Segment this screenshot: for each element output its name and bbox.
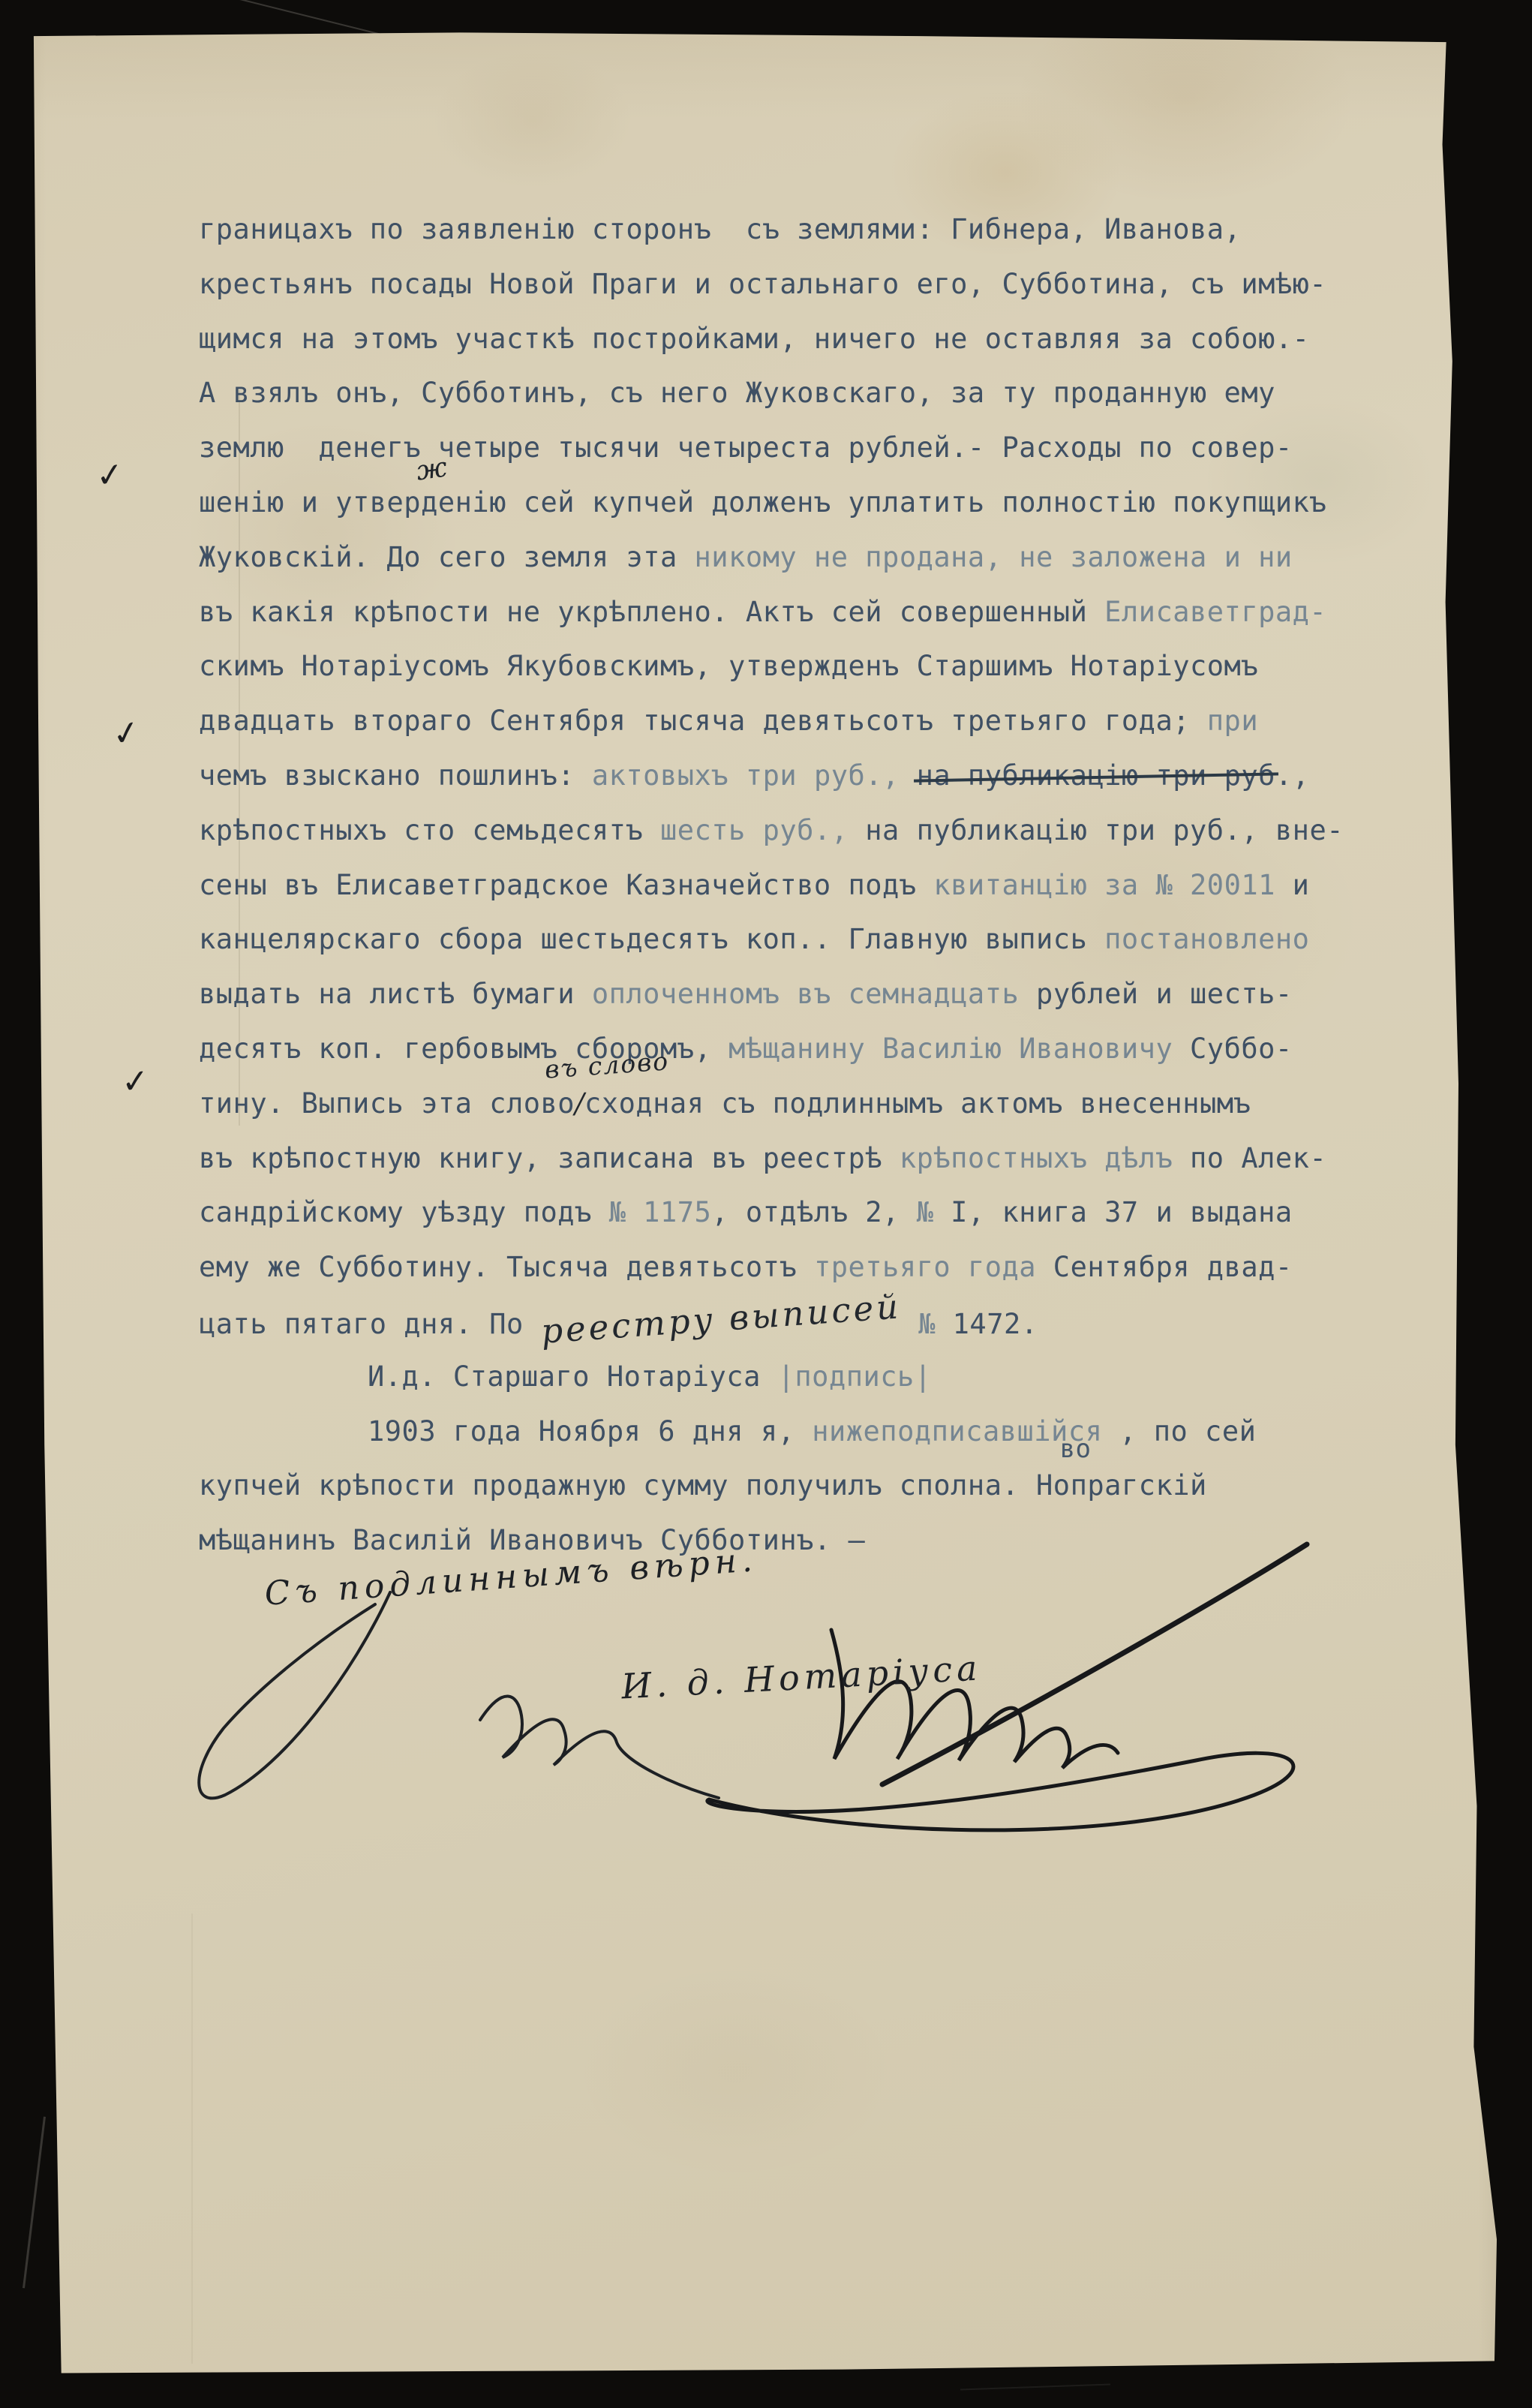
typed-text: въ крѣпостную книгу, записана въ реестрѣ xyxy=(199,1142,900,1174)
typed-text: оплоченномъ въ семнадцать xyxy=(592,978,1019,1010)
typed-text: прагскійво xyxy=(1071,1469,1207,1502)
typed-text: границахъ по заявленію сторонъ съ землям… xyxy=(199,213,1241,245)
typed-text: шесть руб., xyxy=(660,814,849,846)
typed-text: 1903 года Ноября 6 дня я, xyxy=(368,1415,812,1448)
paper-crease xyxy=(191,1913,193,2364)
typed-text: Елисаветград- xyxy=(1104,596,1326,628)
typed-text: цать пятаго дня. По xyxy=(199,1308,541,1340)
insertion-above-line: ж xyxy=(415,454,449,485)
text-line: И.д. Старшаго Нотаріуса |подпись| xyxy=(368,1350,1429,1405)
typed-text: двадцать втораго Сентября тысяча девятьс… xyxy=(199,705,1207,737)
text-line: скимъ Нотаріусомъ Якубовскимъ, утвержден… xyxy=(199,639,1429,694)
typed-text: третьяго года xyxy=(814,1251,1036,1283)
typed-text: № 1175 xyxy=(609,1196,712,1228)
typed-text: крѣпостныхъ сто семьдесятъ xyxy=(199,814,660,846)
typed-text: по Алек- xyxy=(1173,1142,1326,1174)
typed-text xyxy=(901,1308,918,1340)
typed-text: ., xyxy=(1275,759,1310,792)
text-line: крѣпостныхъ сто семьдесятъ шесть руб., н… xyxy=(199,804,1429,858)
typed-text: крестьянъ посады Новой Праги и остальнаг… xyxy=(199,268,1326,300)
typed-text: ему же Субботину. Тысяча девятьсотъ xyxy=(199,1251,814,1283)
typed-text: , отдѣлъ 2, xyxy=(711,1196,916,1228)
typed-text: чемъ взыскано пошлинъ: xyxy=(199,759,592,792)
typed-text: Сентября двад- xyxy=(1036,1251,1293,1283)
typed-text: выдать на листѣ бумаги xyxy=(199,978,592,1010)
typed-text: землю денегъ четыре тысячи четыреста руб… xyxy=(199,431,1293,464)
typed-text: канцелярскаго сбора шестьдесятъ коп.. Гл… xyxy=(199,923,1104,955)
typed-text: актовыхъ три руб., xyxy=(592,759,917,792)
text-line: сены въ Елисаветградское Казначейство по… xyxy=(199,858,1429,913)
text-line: въ крѣпостную книгу, записана въ реестрѣ… xyxy=(199,1132,1429,1186)
typed-text: купчей крѣпости продажную сумму получилъ… xyxy=(199,1469,1071,1502)
document-page: ✓ ✓ ✓ границахъ по заявленію сторонъ съ … xyxy=(0,0,1532,2408)
typed-text: I, книга 37 и выдана xyxy=(951,1196,1293,1228)
typed-text: № xyxy=(918,1308,953,1340)
typed-text: нижеподписавшійся xyxy=(812,1415,1102,1448)
insertion-above-line: во xyxy=(1060,1436,1092,1462)
typed-text: постановлено xyxy=(1104,923,1309,955)
text-line: шенію и утверденію сей купчей долженъ уп… xyxy=(199,476,1429,531)
typed-text: при xyxy=(1207,705,1258,737)
text-line: тину. Выпись эта слово/въ словосходная с… xyxy=(199,1077,1429,1132)
typed-text: сандрійскому уѣзду подъ xyxy=(199,1196,609,1228)
typed-text: квитанцію за № 20011 xyxy=(933,869,1275,901)
handwritten-text: /въ слово xyxy=(575,1087,584,1120)
margin-checkmark: ✓ xyxy=(110,712,143,755)
text-line: купчей крѣпости продажную сумму получилъ… xyxy=(199,1459,1429,1514)
typed-text: тину. Выпись эта слово xyxy=(199,1087,575,1120)
margin-checkmark: ✓ xyxy=(120,1062,150,1102)
text-line: десятъ коп. гербовымъ сборомъ, мѣщанину … xyxy=(199,1022,1429,1077)
scanner-scratch xyxy=(960,2384,1110,2391)
struck-text: на публикацію три руб xyxy=(917,759,1275,792)
scanner-background: { "page": { "check_glyph": "✓", "paper_c… xyxy=(0,0,1532,2408)
text-line: канцелярскаго сбора шестьдесятъ коп.. Гл… xyxy=(199,912,1429,967)
typed-text: И.д. Старшаго Нотаріуса xyxy=(368,1360,778,1393)
text-line: границахъ по заявленію сторонъ съ землям… xyxy=(199,203,1429,257)
text-line: щимся на этомъ участкѣ постройками, ниче… xyxy=(199,312,1429,367)
signature-block: Съ подлиннымъ вѣрн. И. д. Нотаріуса xyxy=(0,1523,1532,1846)
insertion-above-line: въ слово xyxy=(544,1048,670,1082)
typed-text: скимъ Нотаріусомъ Якубовскимъ, утвержден… xyxy=(199,650,1258,682)
text-line: сандрійскому уѣзду подъ № 1175, отдѣлъ 2… xyxy=(199,1186,1429,1240)
typed-text: А взялъ онъ, Субботинъ, съ него Жуковска… xyxy=(199,377,1275,409)
text-line: чемъ взыскано пошлинъ: актовыхъ три руб.… xyxy=(199,749,1429,804)
text-line: 1903 года Ноября 6 дня я, нижеподписавші… xyxy=(368,1405,1429,1460)
typed-text: 1472. xyxy=(953,1308,1038,1340)
typed-text: шенію и утвер xyxy=(199,486,421,519)
text-line: А взялъ онъ, Субботинъ, съ него Жуковска… xyxy=(199,366,1429,421)
typed-text: щимся на этомъ участкѣ постройками, ниче… xyxy=(199,323,1309,355)
typed-text: въ какія крѣпости не укрѣплено. Актъ сей… xyxy=(199,596,1104,628)
typed-text: сены въ Елисаветградское Казначейство по… xyxy=(199,869,933,901)
text-line: выдать на листѣ бумаги оплоченномъ въ се… xyxy=(199,967,1429,1022)
typed-text: Жуковскій. До сего земля эта xyxy=(199,541,695,573)
margin-checkmark: ✓ xyxy=(94,455,125,496)
typed-text: никому не продана, не заложена и ни xyxy=(695,541,1293,573)
text-line: крестьянъ посады Новой Праги и остальнаг… xyxy=(199,257,1429,312)
typed-text-block: границахъ по заявленію сторонъ съ землям… xyxy=(199,203,1429,1568)
typed-text: |подпись| xyxy=(778,1360,932,1393)
text-line: двадцать втораго Сентября тысяча девятьс… xyxy=(199,694,1429,749)
typed-text: денію сей купчей долженъ уплатить полнос… xyxy=(421,486,1326,519)
typed-text: на публикацію три руб., вне- xyxy=(849,814,1344,846)
scanner-scratch xyxy=(23,2117,46,2289)
typed-text: Суббо- xyxy=(1173,1033,1292,1065)
typed-text: № xyxy=(917,1196,951,1228)
text-line: Жуковскій. До сего земля эта никому не п… xyxy=(199,531,1429,585)
text-line: землю денегъ четыре тысячи четыреста руб… xyxy=(199,421,1429,476)
typed-text: крѣпостныхъ дѣлъ xyxy=(900,1142,1173,1174)
typed-text: мѣщанину Василію Ивановичу xyxy=(728,1033,1173,1065)
typed-text: и xyxy=(1275,869,1310,901)
text-line: цать пятаго дня. По реестру выписей № 14… xyxy=(199,1295,1429,1350)
typed-text: рублей и шесть- xyxy=(1019,978,1292,1010)
typed-text: сходная съ подлиннымъ актомъ внесеннымъ xyxy=(584,1087,1251,1120)
typed-text: , по сей xyxy=(1102,1415,1256,1448)
text-line: въ какія крѣпости не укрѣплено. Актъ сей… xyxy=(199,585,1429,640)
